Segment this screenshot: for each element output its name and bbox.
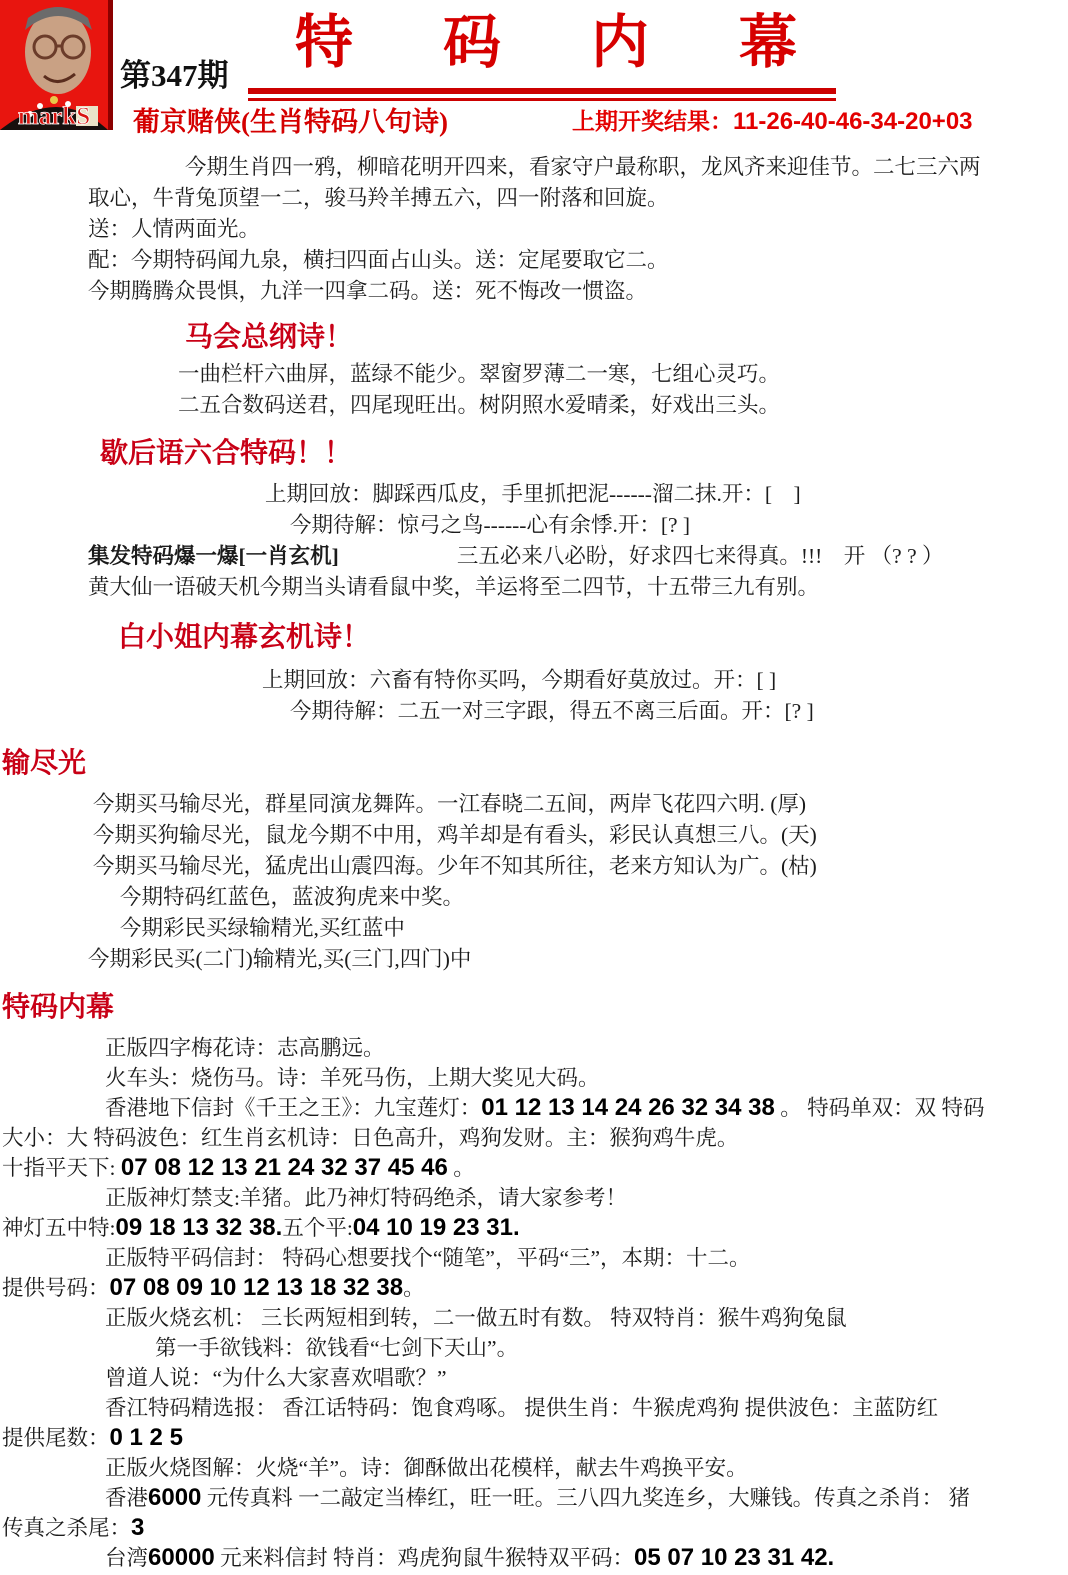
text-line: 今期腾腾众畏惧，九洋一四拿二码。送：死不悔改一惯盗。 bbox=[0, 276, 1068, 307]
tema-neimu-sheet: markS 第347期 特码内幕 葡京赌侠(生肖特码八句诗) 上期开奖结果：11… bbox=[0, 0, 1068, 1575]
section-heading-xiehouyu: 歇后语六合特码！！ bbox=[0, 437, 1068, 471]
wuzhongte-label: 神灯五中特: bbox=[2, 1216, 115, 1240]
text-line: 配：今期特码闻九泉，横扫四面占山头。送：定尾要取它二。 bbox=[0, 245, 1068, 276]
text-line: 正版神灯禁支:羊猪。此乃神灯特码绝杀，请大家参考！ bbox=[0, 1183, 1068, 1213]
section-heading-mahui: 马会总纲诗！ bbox=[0, 321, 1068, 355]
text-line: 台湾60000 元来料信封 特肖：鸡虎狗鼠牛猴特双平码：05 07 10 23 … bbox=[0, 1543, 1068, 1573]
text-line: 提供号码：07 08 09 10 12 13 18 32 38。 bbox=[0, 1273, 1068, 1303]
shizhi-suffix: 。 bbox=[448, 1156, 475, 1180]
text-line: 一曲栏杆六曲屏，蓝绿不能少。翠窗罗薄二一寒，七组心灵巧。 bbox=[0, 359, 1068, 390]
text-line: 集发特码爆一爆[一肖玄机]三五必来八必盼，好求四七来得真。!!! 开 （? ? … bbox=[0, 541, 1068, 572]
section-heading-baixiaojie: 白小姐内幕玄机诗！ bbox=[0, 621, 1068, 655]
subtitle: 葡京赌侠(生肖特码八句诗) bbox=[133, 100, 448, 139]
logo-text: markS bbox=[18, 103, 90, 130]
issue-number: 第347期 bbox=[120, 50, 229, 95]
xinfeng-numbers: 01 12 13 14 24 26 32 34 38 bbox=[481, 1094, 775, 1121]
weishu-numbers: 0 1 2 5 bbox=[110, 1424, 183, 1451]
shawei-number: 3 bbox=[131, 1514, 144, 1541]
text-line: 二五合数码送君，四尾现旺出。树阴照水爱晴柔，好戏出三头。 bbox=[0, 390, 1068, 421]
text-line: 火车头：烧伤马。诗：羊死马伤，上期大奖见大码。 bbox=[0, 1063, 1068, 1093]
tw-amount: 60000 bbox=[148, 1544, 215, 1571]
text-line: 神灯五中特:09 18 13 32 38.五个平:04 10 19 23 31. bbox=[0, 1213, 1068, 1243]
weishu-label: 提供尾数： bbox=[2, 1426, 110, 1450]
shawei-label: 传真之杀尾： bbox=[2, 1516, 131, 1540]
shizhi-label: 十指平天下: bbox=[2, 1156, 121, 1180]
text-line: 今期待解：惊弓之鸟------心有余悸.开：[? ] bbox=[0, 510, 1068, 541]
tw-prefix: 台湾 bbox=[105, 1546, 148, 1570]
text-line: 今期买狗输尽光，鼠龙今期不中用，鸡羊却是有看头，彩民认真想三八。(天) bbox=[0, 820, 1068, 851]
section-heading-shujinguang: 输尽光 bbox=[0, 747, 1068, 781]
text-line: 上期回放：脚踩西瓜皮，手里抓把泥------溜二抹.开：[ ] bbox=[0, 479, 1068, 510]
text-line: 大小：大 特码波色：红生肖玄机诗：日色高升，鸡狗发财。主：猴狗鸡牛虎。 bbox=[0, 1123, 1068, 1153]
hk-fax-amount: 6000 bbox=[148, 1484, 201, 1511]
text-line: 今期特码红蓝色，蓝波狗虎来中奖。 bbox=[0, 882, 1068, 913]
text-line: 黄大仙一语破天机今期当头请看鼠中奖，羊运将至二四节，十五带三九有别。 bbox=[0, 572, 1068, 603]
tw-numbers: 05 07 10 23 31 42. bbox=[634, 1544, 834, 1571]
tw-text: 元来料信封 特肖：鸡虎狗鼠牛猴特双平码： bbox=[215, 1546, 634, 1570]
text-line: 提供尾数：0 1 2 5 bbox=[0, 1423, 1068, 1453]
text-line: 香江特码精选报： 香江话特码：饱食鸡啄。 提供生肖：牛猴虎鸡狗 提供波色：主蓝防… bbox=[0, 1393, 1068, 1423]
text-line: 今期待解：二五一对三字跟，得五不离三后面。开：[? ] bbox=[0, 696, 1068, 727]
jifa-text: 三五必来八必盼，好求四七来得真。!!! 开 （? ? ） bbox=[457, 544, 944, 568]
text-line: 正版特平码信封： 特码心想要找个“随笔”，平码“三”，本期：十二。 bbox=[0, 1243, 1068, 1273]
hk-fax-text: 元传真料 一二敲定当棒红，旺一旺。三八四九奖连乡，大赚钱。传真之杀肖： 猪 bbox=[201, 1486, 970, 1510]
wugeping-numbers: 04 10 19 23 31. bbox=[353, 1214, 520, 1241]
xinfeng-suffix: 。 特码单双：双 特码 bbox=[775, 1096, 985, 1120]
page-title: 特码内幕 bbox=[295, 4, 887, 82]
text-line: 曾道人说：“为什么大家喜欢唱歌？” bbox=[0, 1363, 1068, 1393]
wuzhongte-numbers: 09 18 13 32 38. bbox=[115, 1214, 282, 1241]
text-line: 今期彩民买绿输精光,买红蓝中 bbox=[0, 913, 1068, 944]
result-label: 上期开奖结果： bbox=[572, 109, 733, 134]
text-line: 今期彩民买(二门)输精光,买(三门,四门)中 bbox=[0, 944, 1068, 975]
xinfeng-label: 香港地下信封《千王之王》：九宝莲灯： bbox=[105, 1096, 481, 1120]
text-line: 传真之杀尾：3 bbox=[0, 1513, 1068, 1543]
text-line: 取心，牛背兔顶望一二，骏马羚羊搏五六，四一附落和回旋。 bbox=[0, 183, 1068, 214]
text-line: 送：人情两面光。 bbox=[0, 214, 1068, 245]
jifa-label: 集发特码爆一爆[一肖玄机] bbox=[88, 544, 339, 568]
haoma-suffix: 。 bbox=[403, 1276, 425, 1300]
page-header: markS 第347期 特码内幕 葡京赌侠(生肖特码八句诗) 上期开奖结果：11… bbox=[0, 0, 1068, 148]
text-line: 上期回放：六畜有特你买吗，今期看好莫放过。开：[ ] bbox=[0, 665, 1068, 696]
text-line: 香港地下信封《千王之王》：九宝莲灯：01 12 13 14 24 26 32 3… bbox=[0, 1093, 1068, 1123]
marks-logo-photo: markS bbox=[0, 0, 113, 130]
text-line: 今期买马输尽光，猛虎出山震四海。少年不知其所往，老来方知认为广。(枯) bbox=[0, 851, 1068, 882]
text-line: 今期买马输尽光，群星同演龙舞阵。一江春晓二五间，两岸飞花四六明. (厚) bbox=[0, 789, 1068, 820]
haoma-label: 提供号码： bbox=[2, 1276, 110, 1300]
hk-fax-prefix: 香港 bbox=[105, 1486, 148, 1510]
haoma-numbers: 07 08 09 10 12 13 18 32 38 bbox=[110, 1274, 404, 1301]
text-line: 香港6000 元传真料 一二敲定当棒红，旺一旺。三八四九奖连乡，大赚钱。传真之杀… bbox=[0, 1483, 1068, 1513]
text-line: 十指平天下: 07 08 12 13 21 24 32 37 45 46 。 bbox=[0, 1153, 1068, 1183]
text-line: 正版火烧图解：火烧“羊”。诗：御酥做出花模样，献去牛鸡换平安。 bbox=[0, 1453, 1068, 1483]
text-line: 今期生肖四一鸦，柳暗花明开四来，看家守户最称职，龙风齐来迎佳节。二七三六两 bbox=[0, 152, 1068, 183]
text-line: 第一手欲钱料：欲钱看“七剑下天山”。 bbox=[0, 1333, 1068, 1363]
sheet-body: 今期生肖四一鸦，柳暗花明开四来，看家守户最称职，龙风齐来迎佳节。二七三六两 取心… bbox=[0, 148, 1068, 1573]
section-heading-tema-neimu: 特码内幕 bbox=[0, 991, 1068, 1025]
previous-draw-result: 上期开奖结果：11-26-40-46-34-20+03 bbox=[572, 103, 973, 136]
text-line: 正版火烧玄机： 三长两短相到转，二一做五时有数。 特双特肖：猴牛鸡狗兔鼠 bbox=[0, 1303, 1068, 1333]
wugeping-label: 五个平: bbox=[282, 1216, 352, 1240]
result-numbers: 11-26-40-46-34-20+03 bbox=[733, 108, 973, 135]
shizhi-numbers: 07 08 12 13 21 24 32 37 45 46 bbox=[121, 1154, 448, 1181]
text-line: 正版四字梅花诗：志高鹏远。 bbox=[0, 1033, 1068, 1063]
